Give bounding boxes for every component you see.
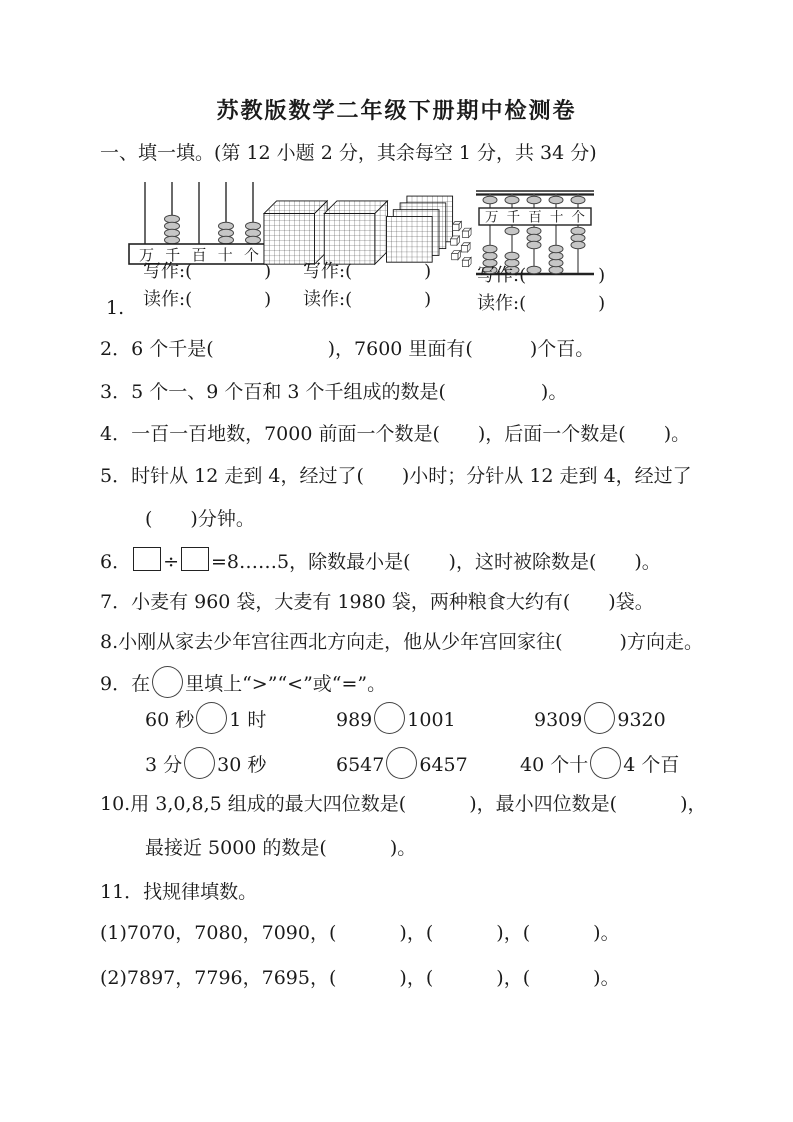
- figB-write-label: 写作:( ): [303, 260, 431, 284]
- q6-divide-sign: ÷: [163, 551, 179, 573]
- comparison-item: 3 分30 秒: [145, 747, 266, 779]
- q7-text: 7．小麦有 960 袋，大麦有 1980 袋，两种粮食大约有( )袋。: [100, 589, 654, 615]
- q9-row: 9．在里填上“>”“<”或“=”。: [100, 666, 386, 698]
- q9-prefix: 9．在: [100, 673, 150, 695]
- compare-circle: [184, 747, 215, 779]
- abacus-bead-stacks: [165, 215, 261, 244]
- cmp-left: 6547: [336, 754, 384, 776]
- cmp-right: 6457: [419, 754, 467, 776]
- cmp-left: 989: [336, 709, 372, 731]
- cmp-right: 1 时: [229, 709, 266, 731]
- cmp-right: 4 个百: [623, 754, 679, 776]
- cmp-left: 60 秒: [145, 709, 194, 731]
- thousand-cube-2: [324, 201, 387, 264]
- abacus-rods: [145, 182, 253, 244]
- cmp-left: 3 分: [145, 754, 182, 776]
- q5-line1: 5．时针从 12 走到 4，经过了( )小时；分针从 12 走到 4，经过了: [100, 463, 692, 489]
- q6-row: 6．÷=8……5，除数最小是( )，这时被除数是( )。: [100, 547, 661, 575]
- thousand-cube-1: [264, 201, 327, 264]
- suanpan-top-beads: [483, 196, 585, 204]
- cmp-right: 1001: [407, 709, 455, 731]
- q4-text: 4．一百一百地数，7000 前面一个数是( )，后面一个数是( )。: [100, 421, 690, 447]
- q11-text: 11．找规律填数。: [100, 879, 257, 905]
- page-title: 苏教版数学二年级下册期中检测卷: [0, 94, 793, 125]
- figA-read-label: 读作:( ): [143, 288, 271, 312]
- comparison-item: 40 个十4 个百: [520, 747, 679, 779]
- figC-read-label: 读作:( ): [477, 292, 605, 316]
- q11-seq1: (1)7070，7080，7090，( )，( )，( )。: [100, 920, 620, 946]
- figC-write-label: 写作:( ): [477, 264, 605, 288]
- cmp-left: 9309: [534, 709, 582, 731]
- compare-circle: [386, 747, 417, 779]
- cmp-left: 40 个十: [520, 754, 588, 776]
- q6-rest: =8……5，除数最小是( )，这时被除数是( )。: [211, 551, 661, 573]
- q9-compare-circle: [152, 666, 183, 698]
- q10-line2: 最接近 5000 的数是( )。: [145, 835, 416, 861]
- q5-line2: ( )分钟。: [145, 506, 255, 532]
- figB-read-label: 读作:( ): [303, 288, 431, 312]
- compare-circle: [374, 702, 405, 734]
- cmp-right: 30 秒: [217, 754, 266, 776]
- comparison-item: 93099320: [534, 702, 666, 734]
- comparison-item: 9891001: [336, 702, 456, 734]
- figA-write-label: 写作:( ): [143, 260, 271, 284]
- hundred-flats-stack: [386, 196, 452, 262]
- q9-suffix: 里填上“>”“<”或“=”。: [185, 673, 386, 695]
- unit-cubes: [451, 221, 471, 266]
- q6-divisor-box: [181, 547, 209, 571]
- q2-text: 2．6 个千是( )，7600 里面有( )个百。: [100, 336, 594, 362]
- exam-page: 苏教版数学二年级下册期中检测卷 一、填一填。(第 12 小题 2 分，其余每空 …: [0, 0, 793, 1122]
- cmp-right: 9320: [617, 709, 665, 731]
- q6-number: 6．: [100, 551, 131, 573]
- section-1-heading: 一、填一填。(第 12 小题 2 分，其余每空 1 分，共 34 分): [100, 140, 597, 166]
- q6-dividend-box: [133, 547, 161, 571]
- comparison-item: 65476457: [336, 747, 468, 779]
- compare-circle: [590, 747, 621, 779]
- q8-text: 8.小刚从家去少年宫往西北方向走，他从少年宫回家往( )方向走。: [100, 629, 703, 655]
- q11-seq2: (2)7897，7796，7695，( )，( )，( )。: [100, 965, 620, 991]
- compare-circle: [584, 702, 615, 734]
- comparison-item: 60 秒1 时: [145, 702, 266, 734]
- q1-number: 1.: [106, 295, 124, 321]
- q3-text: 3．5 个一、9 个百和 3 个千组成的数是( )。: [100, 379, 567, 405]
- compare-circle: [196, 702, 227, 734]
- q10-line1: 10.用 3,0,8,5 组成的最大四位数是( )，最小四位数是( )，: [100, 791, 707, 817]
- hanging-abacus-figure: 万千百十个: [126, 182, 268, 266]
